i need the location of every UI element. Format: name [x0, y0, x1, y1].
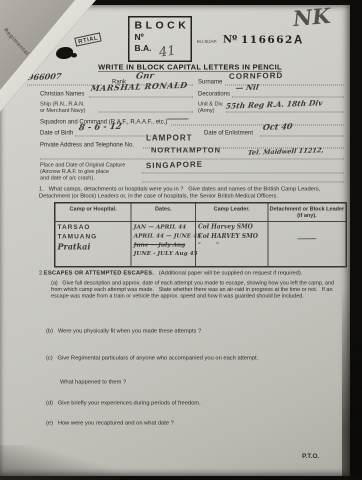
dates-entry: JAN — APRIL 44 — [134, 223, 193, 232]
camp-entry: Pratkai — [58, 242, 129, 252]
camp-entry: TAMUANG — [58, 233, 129, 243]
folded-corner: Regimental par — [0, 0, 105, 125]
rank-value: Gnr — [135, 71, 154, 82]
dotted-line — [171, 124, 344, 126]
stamp-line-block: BLOCK — [135, 20, 191, 32]
pencil-note-nk: NK — [292, 3, 331, 31]
leader-entry: Col Harvey SMO — [198, 223, 265, 233]
unit-value: 55th Reg R.A. 18th Div — [225, 98, 323, 110]
col-header-camp: Camp or Hospital. — [55, 203, 131, 222]
question-1-text: 1. What camps, detachments or hospitals … — [39, 186, 345, 200]
leader-entry: Col HARVEY SMO — [198, 233, 265, 243]
dotted-line — [40, 158, 344, 160]
pto-label: P.T.O. — [302, 452, 319, 460]
serial-no-label: Nº — [223, 33, 237, 45]
enlistment-value: Oct 40 — [262, 121, 293, 132]
dotted-line — [260, 135, 344, 137]
dotted-line — [142, 181, 344, 183]
address-label: Private Address and Telephone No. — [40, 141, 134, 148]
detachment-cell: — — [268, 222, 346, 267]
fold-back-of-page: Regimental par — [0, 0, 100, 120]
section-2-note: (Additional paper will be supplied on re… — [159, 270, 303, 276]
series-letter: A — [294, 33, 302, 47]
enlistment-label: Date of Enlistment — [204, 129, 253, 136]
dates-cell: JAN — APRIL 44 APRIL 44 — JUNE 45 June —… — [131, 222, 195, 267]
decorations-label: Decorations — [198, 90, 230, 97]
address-phone-value: Tel. Maidwell 11212, — [247, 147, 324, 157]
date-of-birth-label: Date of Birth — [40, 129, 73, 136]
question-2c2-text: What happened to them ? — [60, 379, 260, 386]
dates-entry: APRIL 44 — JUNE 45 — [134, 232, 193, 241]
col-header-leader: Camp Leader. — [195, 203, 267, 222]
capture-value: SINGAPORE — [146, 160, 203, 170]
surname-label: Surname — [198, 78, 222, 85]
ink-blot-small — [71, 53, 77, 58]
camp-entry: TARSAO — [58, 223, 129, 233]
ditto-mark: ″ — [216, 242, 219, 250]
capture-label-line3: and date of a/c crash). — [40, 175, 95, 182]
leader-cell: Col Harvey SMO Col HARVEY SMO ″ ″ — [195, 222, 267, 267]
question-2e-text: (e) How were you recaptured and on what … — [46, 420, 326, 427]
scanned-document: BLOCK Nº B.A. 41 M.I.9/JAP. Nº 116662 A … — [0, 0, 362, 480]
camp-cell: TARSAO TAMUANG Pratkai — [55, 222, 131, 267]
scan-stage: BLOCK Nº B.A. 41 M.I.9/JAP. Nº 116662 A … — [0, 0, 362, 480]
dotted-line — [142, 172, 344, 174]
surname-value: CORNFORD — [229, 72, 283, 82]
mi9-label: M.I.9/JAP. — [197, 39, 217, 44]
question-2c-text: (c) Give Regimental particulars of anyon… — [46, 355, 336, 362]
col-header-dates: Dates. — [131, 203, 195, 222]
question-2d-text: (d) Give briefly your experiences during… — [46, 400, 326, 407]
dates-entry-struck: June — July Aug — [134, 241, 193, 250]
squadron-value-dash: — — [165, 114, 190, 123]
camps-table: Camp or Hospital. Dates. Camp Leader. De… — [54, 202, 347, 268]
stamp-line-ba: B.A. — [135, 44, 152, 54]
stamp-line-no: Nº — [135, 33, 191, 43]
address-line1-value: LAMPORT — [146, 134, 193, 143]
question-2b-text: (b) Were you physically fit when you mad… — [46, 328, 326, 335]
leader-ditto-marks: ″ ″ — [198, 242, 265, 252]
dotted-line — [232, 96, 344, 98]
section-2-title: ESCAPES OR ATTEMPTED ESCAPES. — [44, 270, 154, 276]
dotted-line — [99, 111, 193, 113]
address-line2-value: NORTHAMPTON — [151, 146, 221, 155]
section-2-heading: 2.ESCAPES OR ATTEMPTED ESCAPES. (Additio… — [39, 270, 345, 277]
dates-entry: JUNE - JULY Aug 45 — [134, 250, 193, 259]
bottom-left-shadow — [0, 445, 120, 480]
handwritten-ba-number: 41 — [158, 43, 176, 60]
detachment-dash: — — [296, 235, 318, 243]
ditto-mark: ″ — [198, 242, 201, 250]
unit-label-line2: (Army) — [198, 108, 215, 115]
col-header-detachment: Detachment or Block Leader (if any). — [268, 203, 346, 222]
table-row: TARSAO TAMUANG Pratkai JAN — APRIL 44 AP… — [55, 222, 347, 267]
dotted-line — [226, 111, 344, 113]
right-edge-shadow — [342, 0, 362, 476]
decorations-value: — Nil — [235, 83, 259, 93]
form-title: WRITE IN BLOCK CAPITAL LETTERS IN PENCIL — [70, 63, 310, 72]
question-2a-text: (a) Give full description and approx. da… — [51, 280, 345, 299]
serial-number: 116662 — [241, 33, 294, 46]
